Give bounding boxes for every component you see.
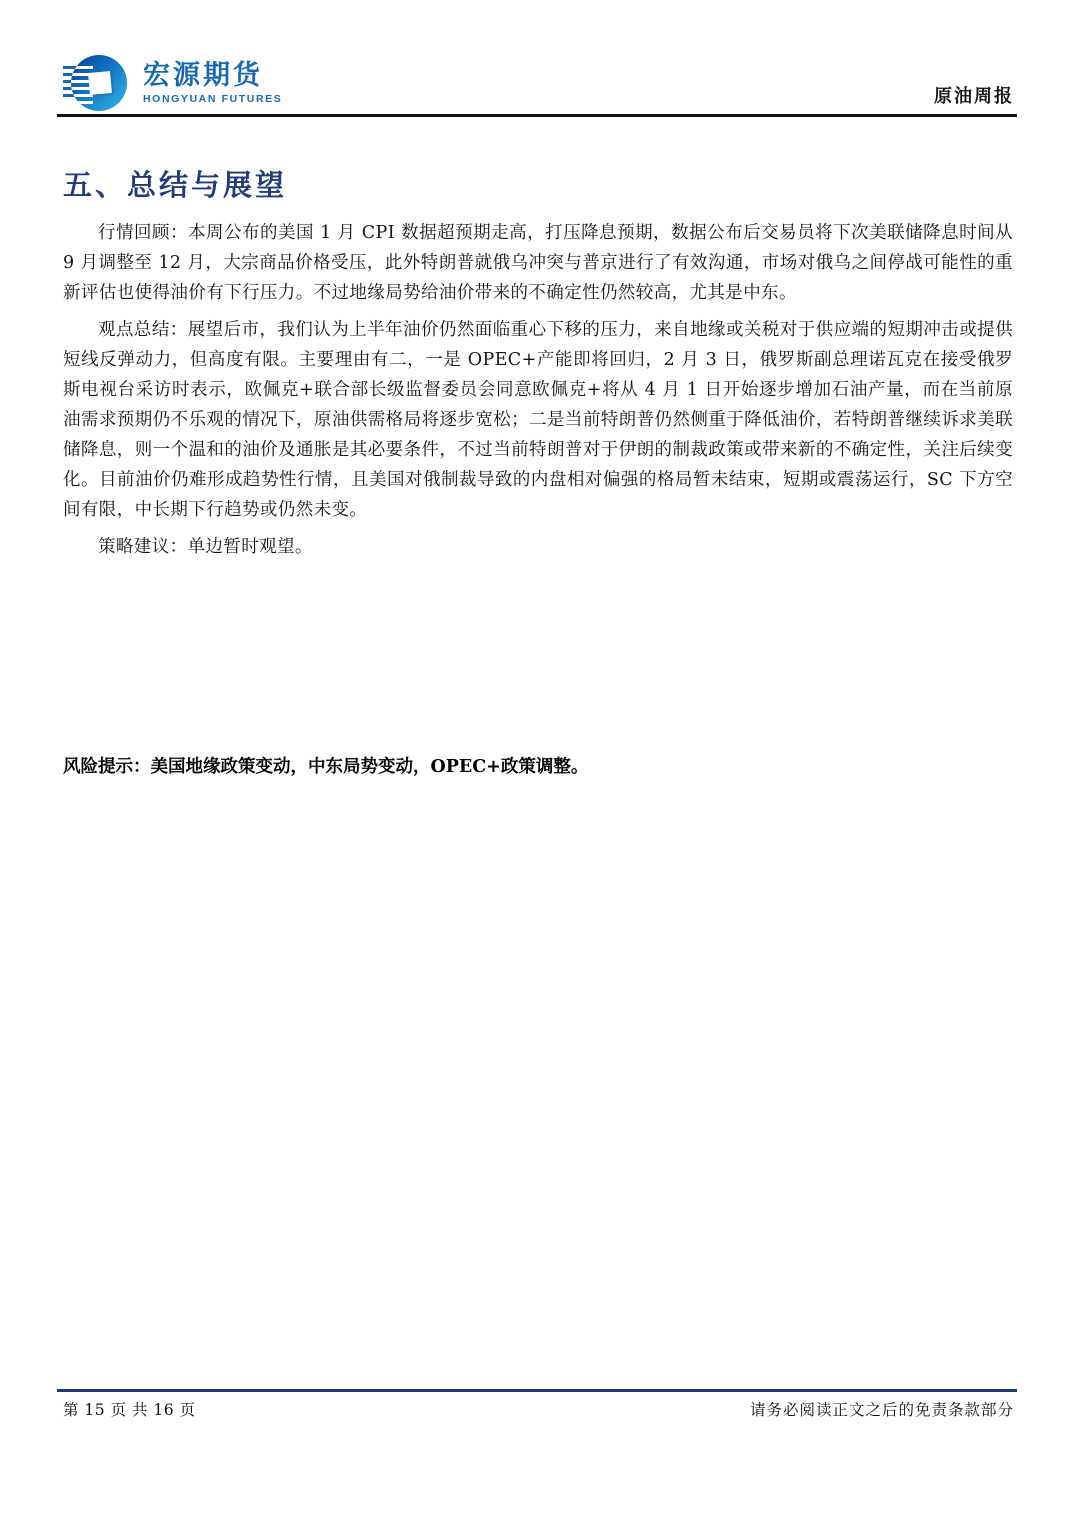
body-copy: 行情回顾：本周公布的美国 1 月 CPI 数据超预期走高，打压降息预期，数据公布… (63, 218, 1013, 569)
footer-divider (57, 1389, 1017, 1392)
paragraph-market-review: 行情回顾：本周公布的美国 1 月 CPI 数据超预期走高，打压降息预期，数据公布… (63, 218, 1013, 308)
logo-name-cn: 宏源期货 (143, 62, 282, 89)
logo-name-en: HONGYUAN FUTURES (143, 94, 282, 105)
paragraph-viewpoint-summary: 观点总结：展望后市，我们认为上半年油价仍然面临重心下移的压力，来自地缘或关税对于… (63, 315, 1013, 525)
section-title: 五、总结与展望 (63, 163, 287, 204)
header-divider (57, 114, 1017, 117)
logo-square (88, 71, 112, 95)
page-number: 第 15 页 共 16 页 (63, 1398, 196, 1420)
page-header: 宏源期货 HONGYUAN FUTURES 原油周报 (63, 50, 1014, 112)
page-footer: 第 15 页 共 16 页 请务必阅读正文之后的免责条款部分 (63, 1398, 1014, 1420)
disclaimer-note: 请务必阅读正文之后的免责条款部分 (750, 1398, 1014, 1420)
paragraph-strategy-advice: 策略建议：单边暂时观望。 (63, 532, 1013, 562)
logo-text: 宏源期货 HONGYUAN FUTURES (143, 62, 282, 105)
company-logo: 宏源期货 HONGYUAN FUTURES (63, 54, 282, 112)
report-type-label: 原油周报 (934, 82, 1014, 112)
risk-warning: 风险提示：美国地缘政策变动，中东局势变动，OPEC+政策调整。 (63, 753, 1013, 781)
report-page: 宏源期货 HONGYUAN FUTURES 原油周报 五、总结与展望 行情回顾：… (0, 0, 1080, 1527)
hongyuan-coin-logo-icon (63, 54, 133, 112)
